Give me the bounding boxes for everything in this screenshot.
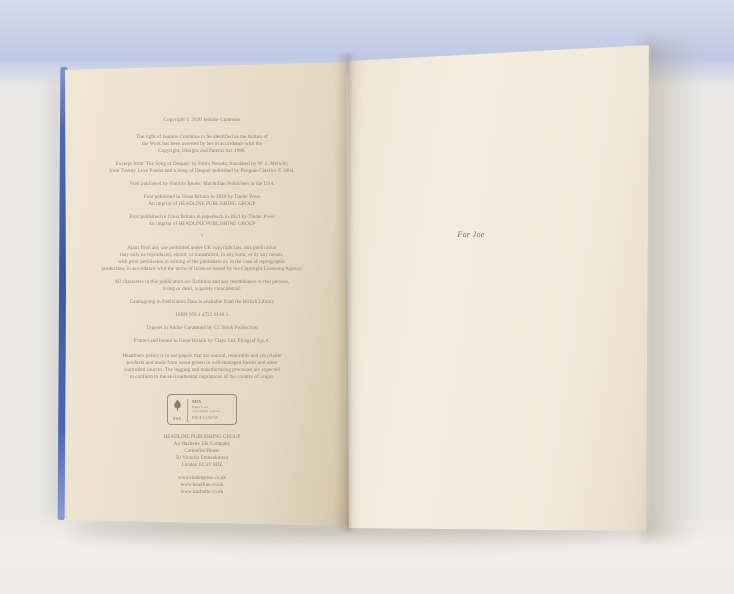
book-photo-scene: Copyright © 2020 Jeanine Cummins The rig… [0,0,734,594]
text-line: First published by Flatiron Books, Macmi… [72,181,332,188]
text-line: to conform to the environmental regulati… [72,374,332,381]
text-line: Apart from any use permitted under UK co… [72,245,332,252]
cip-notice: Cataloguing in Publication Data is avail… [72,299,332,306]
text-line: living or dead, is purely coincidental. [72,286,332,293]
uk-publication: First published in Great Britain in 2020… [72,194,332,208]
fsc-mix-label: MIX [192,398,220,405]
paper-policy: Headline's policy is to use papers that … [72,353,332,381]
text-line: Cataloguing in Publication Data is avail… [72,299,332,306]
us-publication: First published by Flatiron Books, Macmi… [72,181,332,188]
text-line: 1 [72,233,332,240]
text-line: HEADLINE PUBLISHING GROUP [72,434,332,441]
author-rights: The right of Jeanine Cummins to be ident… [72,134,332,155]
dedication-text: For Joe [401,230,541,239]
fsc-tree-icon [172,399,183,415]
text-line: Printed and bound in Great Britain by Cl… [72,338,332,345]
copyright-text-column: Copyright © 2020 Jeanine Cummins The rig… [72,117,332,502]
text-line: products and made from wood grown in wel… [72,360,332,367]
fsc-label-text: MIX Paper from responsible sources FSC® … [192,398,220,422]
text-line: www.hachette.co.uk [72,489,332,496]
text-line: production, in accordance with the terms… [72,266,332,273]
text-line: Typeset in Adobe Garamond by CC Book Pro… [72,325,332,332]
fsc-certification-label: FSC MIX Paper from responsible sources F… [167,394,237,425]
text-line: An Hachette UK Company [72,441,332,448]
typesetting-note: Typeset in Adobe Garamond by CC Book Pro… [72,325,332,332]
text-line: London EC4Y 0DZ [72,462,332,469]
fsc-desc-line: responsible sources [192,409,220,413]
text-line: www.tinderpress.co.uk [72,475,332,482]
fiction-disclaimer: All characters in this publication are f… [72,279,332,293]
text-line: Headline's policy is to use papers that … [72,353,332,360]
copyright-notice: Copyright © 2020 Jeanine Cummins [72,117,332,124]
text-line: ISBN 978 1 4722 6140 3 [72,312,332,319]
fsc-letters: FSC [173,415,181,422]
reproduction-notice: Apart from any use permitted under UK co… [72,245,332,273]
copyright-page: Copyright © 2020 Jeanine Cummins The rig… [58,60,350,528]
text-line: An imprint of HEADLINE PUBLISHING GROUP [72,221,332,228]
isbn-line: ISBN 978 1 4722 6140 3 [72,312,332,319]
uk-paperback-publication: First published in Great Britain in pape… [72,214,332,228]
fsc-logo: FSC [172,399,188,422]
text-line: may only be reproduced, stored, or trans… [72,252,332,259]
text-line: Carmelite House [72,448,332,455]
printing-note: Printed and bound in Great Britain by Cl… [72,338,332,345]
text-line: with prior permission in writing of the … [72,259,332,266]
dedication-page: For Joe [346,42,652,534]
publisher-address: HEADLINE PUBLISHING GROUP An Hachette UK… [72,434,332,469]
fsc-cert-number: FSC® C104740 [192,415,220,422]
excerpt-credit: Excerpt from 'The Song of Despair' by Pa… [72,161,332,175]
text-line: the Work has been asserted by her in acc… [72,141,332,148]
text-line: Copyright, Designs and Patents Act 1988. [72,148,332,155]
text-line: www.headline.co.uk [72,482,332,489]
publisher-websites: www.tinderpress.co.uk www.headline.co.uk… [72,475,332,496]
text-line: First published in Great Britain in 2020… [72,194,332,201]
text-line: 50 Victoria Embankment [72,455,332,462]
text-line: An imprint of HEADLINE PUBLISHING GROUP [72,201,332,208]
text-line: from Twenty Love Poems and a Song of Des… [72,168,332,175]
book-gutter-shadow [335,54,361,532]
text-line: First published in Great Britain in pape… [72,214,332,221]
text-line: controlled sources. The logging and manu… [72,367,332,374]
text-line: Excerpt from 'The Song of Despair' by Pa… [72,161,332,168]
text-line: All characters in this publication are f… [72,279,332,286]
print-line: 1 [72,233,332,240]
text-line: Copyright © 2020 Jeanine Cummins [72,117,332,124]
book-right-shadow [642,40,714,540]
text-line: The right of Jeanine Cummins to be ident… [72,134,332,141]
